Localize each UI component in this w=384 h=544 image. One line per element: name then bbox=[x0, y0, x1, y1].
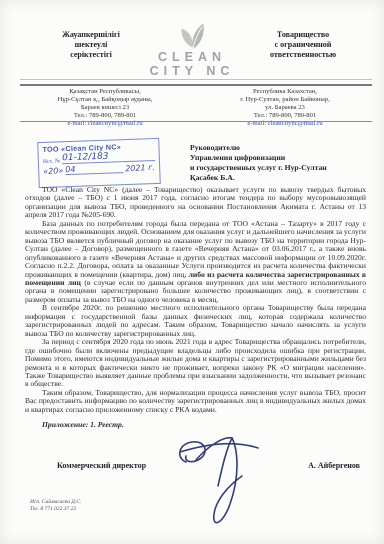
registration-stamp: ТОО «Clean City NC» Исх. № 01-12/183 «20… bbox=[37, 138, 161, 188]
org-name-kazakh: Жауапкершілігі шектеулі серіктестігі bbox=[28, 30, 154, 60]
letter-body: ТОО «Clean City NC» (далее – Товариществ… bbox=[25, 186, 366, 430]
org-name-russian: Товарищество с ограниченной ответственно… bbox=[238, 30, 368, 60]
stamp-date-month-handwritten: 04 bbox=[65, 165, 75, 174]
paragraph-3: В сентябре 2020г. по решению местного ис… bbox=[25, 304, 366, 338]
header-divider-bottom bbox=[20, 121, 372, 122]
address-russian: Республика Казахстан, г. Нур-Султан, рай… bbox=[206, 88, 364, 128]
handwritten-signature bbox=[172, 428, 276, 534]
address-kazakh: Қазақстан Республикасы, Нұр-Сұлтан қ., Б… bbox=[30, 88, 180, 128]
addressee-block: Руководителю Управления цифровизации и г… bbox=[190, 143, 370, 183]
stamp-date-day-handwritten: «20» bbox=[43, 166, 64, 176]
scanned-letter-page: Жауапкершілігі шектеулі серіктестігі CLE… bbox=[0, 0, 384, 544]
signer-title: Коммерческий директор bbox=[25, 461, 146, 470]
paragraph-1: ТОО «Clean City NC» (далее – Товариществ… bbox=[25, 186, 366, 220]
executor-info: Исп. Саймасаева Д.С. Тел. 8 771 022 37 2… bbox=[30, 499, 81, 512]
company-logo: CLEAN CITY NC bbox=[142, 20, 242, 78]
address-kazakh-text: Қазақстан Республикасы, Нұр-Сұлтан қ., Б… bbox=[58, 88, 153, 119]
paragraph-2: База данных по потребителям города была … bbox=[25, 220, 366, 305]
stamp-date-year-handwritten: 2021 г. bbox=[125, 163, 155, 174]
paragraph-4: За период с сентября 2020 года по июнь 2… bbox=[25, 338, 366, 389]
executor-name: Исп. Саймасаева Д.С. bbox=[30, 499, 81, 506]
signer-name: А. Айбергенов bbox=[308, 461, 366, 470]
header-divider-top bbox=[20, 79, 372, 86]
paragraph-5: Таким образом, Товарищество, для нормали… bbox=[25, 389, 366, 414]
stamp-ref-number-handwritten: 01-12/183 bbox=[62, 152, 109, 164]
leaf-icon bbox=[142, 20, 242, 50]
logo-text-clean: CLEAN bbox=[142, 50, 242, 64]
executor-phone: Тел. 8 771 022 37 22 bbox=[30, 506, 81, 513]
stamp-ref-label: Исх. № bbox=[43, 158, 61, 165]
address-russian-text: Республика Казахстан, г. Нур-Султан, рай… bbox=[240, 88, 330, 119]
logo-text-citync: CITY NC bbox=[142, 64, 242, 78]
